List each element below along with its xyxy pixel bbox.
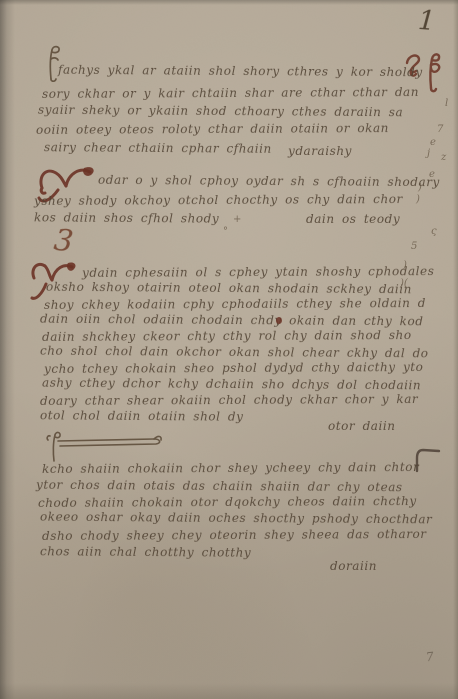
margin-mark: ) [416,194,420,205]
text-line: ooiin oteey oteos roloty cthar daiin ota… [36,121,389,137]
line-tail: otor daiin [328,419,396,433]
text-line: ycho tchey chokain sheo pshol dydyd cthy… [44,360,424,376]
text-line: doary cthar shear okaiin chol chody ckha… [40,392,418,408]
text-line: cho shol chol dain okchor okan shol chea… [40,344,429,361]
margin-mark: ) [418,182,422,193]
text-line: ydain cphesaiin ol s cphey ytain shoshy … [82,264,434,280]
manuscript-page: 1 fachys ykal ar ataiin shol shory cthre… [0,0,458,699]
margin-mark: ς [431,226,437,237]
text-line: daiin shckhey ckeor chty cthy rol chy da… [42,328,412,344]
margin-mark: 7 [437,124,443,135]
red-ink-dot [276,317,282,324]
margin-mark: l [445,98,448,109]
folio-number: 1 [417,5,436,37]
flourish-gallows-icon [46,430,174,464]
margin-mark: 5 [411,241,417,252]
line-tail: dain os teody [306,212,400,226]
margin-mark: e [430,137,436,148]
margin-mark: e [429,169,435,180]
text-line: chodo shaiin chokain otor dqokchy cheos … [38,494,417,510]
text-line: chos aiin chal chotthy chotthy [40,544,251,559]
text-line: fachys ykal ar ataiin shol shory cthres … [58,63,423,80]
text-line: yshey shody okchoy otchol chocthy os chy… [34,192,403,208]
text-line: otol chol daiin otaiin shol dy [40,408,244,423]
text-line: odar o y shol cphoy oydar sh s cfhoaiin … [98,173,440,189]
margin-mark: )( [400,278,408,289]
text-line: syaiir sheky or ykaiin shod cthoary cthe… [38,103,403,120]
line-tail: ydaraishy [288,144,352,158]
text-line: dain oiin chol odaiin chodain chdy okain… [40,312,424,329]
line-tail: doraiin [330,559,377,573]
text-line: sory ckhar or y kair chtaiin shar are ct… [42,85,419,101]
page-number: 7 [425,650,434,665]
text-line: ashy cthey dchor kchy dchaiin sho dchys … [42,376,421,393]
text-line: kcho shaiin chokaiin chor shey ycheey ch… [42,460,419,476]
text-line: okeeo oshar okay daiin oches shocthy psh… [40,510,432,527]
text-line: sairy chear cthaiin cphar cfhaiin [44,140,272,156]
margin-mark: j [427,148,430,159]
margin-mark: ° [223,226,228,237]
divider-3-glyph: 3 [52,223,75,260]
text-line: dsho chody sheey chey oteorin shey sheea… [42,527,427,543]
text-line: shoy ckhey kodaiin cphy cphodaiils cthey… [44,296,426,312]
margin-mark: ) [403,260,407,271]
margin-mark: + [233,214,241,225]
text-line: oksho kshoy otairin oteol okan shodain s… [46,280,412,297]
text-line: ytor chos dain otais das chaiin shaiin d… [36,478,403,495]
margin-mark: z [441,152,446,163]
